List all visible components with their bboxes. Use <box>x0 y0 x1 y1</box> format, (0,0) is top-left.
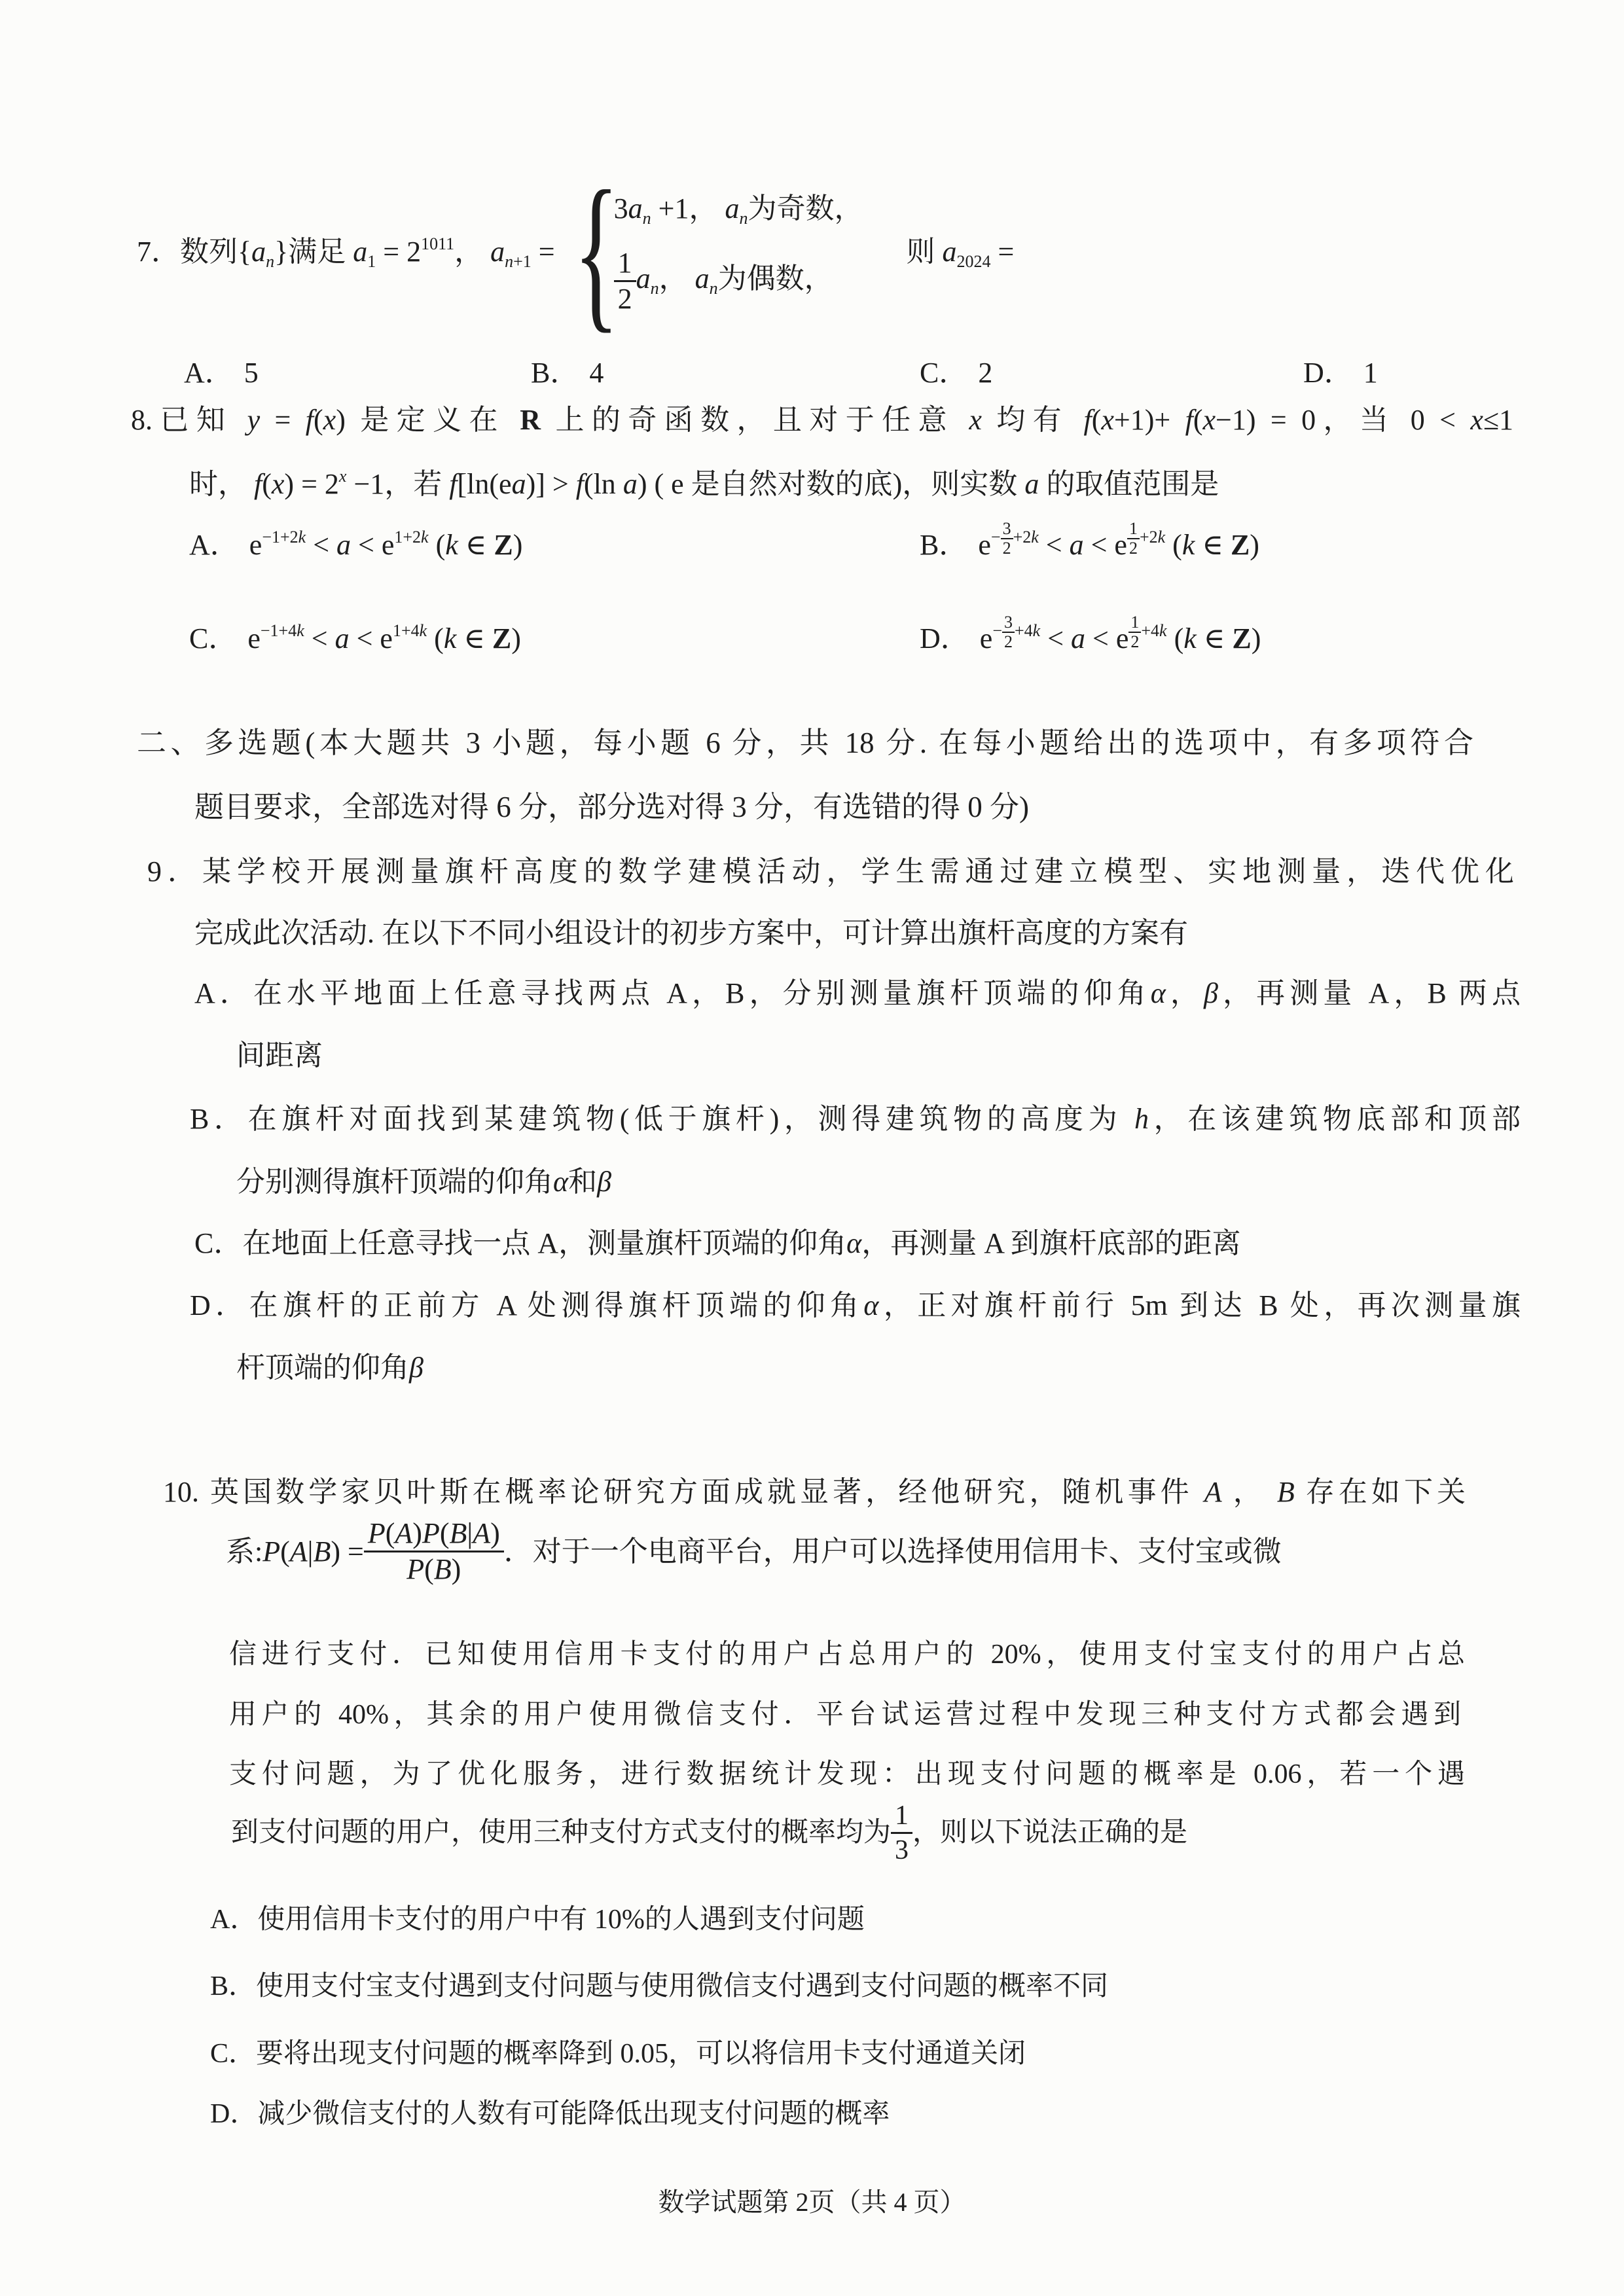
q8-option-b-body: e−32+2k < a < e12+2k (k ∈ Z) <box>978 529 1259 561</box>
q8-option-a-body: e−1+2k < a < e1+2k (k ∈ Z) <box>249 529 523 561</box>
q7-case-even: 12an， an为偶数， <box>614 248 863 314</box>
q7-option-a-label: A． <box>184 357 234 389</box>
q7-option-d: D．1 <box>1303 353 1378 392</box>
q10-option-d: D．减少微信支付的人数有可能降低出现支付问题的概率 <box>210 2096 890 2133</box>
q8-option-b-label: B． <box>920 529 967 561</box>
q8-option-d: D．e−32+4k < a < e12+4k (k ∈ Z) <box>920 614 1261 658</box>
question-9-line-2: 完成此次活动. 在以下不同小组设计的初步方案中，可计算出旗杆高度的方案有 <box>194 914 1188 952</box>
q8-option-a-label: A． <box>189 529 239 561</box>
q8-options-row-1: A．e−1+2k < a < e1+2k (k ∈ Z) B．e−32+2k <… <box>189 520 1259 564</box>
q7-option-a-value: 5 <box>244 357 259 389</box>
question-10-line-4: 用户的 40%，其余的用户使用微信支付．平台试运营过程中发现三种支付方式都会遇到 <box>229 1696 1461 1734</box>
q7-case-odd: 3an +1， an为奇数， <box>614 189 863 228</box>
question-9-line-1: 9．某学校开展测量旗杆高度的数学建模活动，学生需通过建立模型、实地测量，迭代优化 <box>147 852 1514 891</box>
q8-option-c-body: e−1+4k < a < e1+4k (k ∈ Z) <box>247 622 521 655</box>
q7-options-row: A．5 B．4 C．2 D．1 <box>0 353 1624 399</box>
q7-option-c: C．2 <box>920 353 992 392</box>
q8-option-d-body: e−32+4k < a < e12+4k (k ∈ Z) <box>980 622 1261 655</box>
q7-option-b-value: 4 <box>589 357 604 389</box>
q7-case-rows: 3an +1， an为奇数， 12an， an为偶数， <box>614 189 863 314</box>
question-10-line-1: 10. 英国数学家贝叶斯在概率论研究方面成就显著，经他研究，随机事件 A ， B… <box>163 1473 1466 1511</box>
q9-option-b-line-2: 分别测得旗杆顶端的仰角α和β <box>236 1162 611 1201</box>
q8-options-row-2: C．e−1+4k < a < e1+4k (k ∈ Z) D．e−32+4k <… <box>189 614 1261 658</box>
q7-option-b-label: B． <box>531 357 579 389</box>
q8-option-c-label: C． <box>189 622 237 655</box>
question-10-line-6: 到支付问题的用户，使用三种支付方式支付的概率均为13，则以下说法正确的是 <box>231 1801 1187 1865</box>
left-brace-glyph: { <box>573 178 602 325</box>
q7-option-d-label: D． <box>1303 357 1353 389</box>
q8-option-d-label: D． <box>920 622 969 655</box>
q8-option-a: A．e−1+2k < a < e1+2k (k ∈ Z) <box>189 526 920 564</box>
q10-option-b: B．使用支付宝支付遇到支付问题与使用微信支付遇到支付问题的概率不同 <box>210 1968 1108 2005</box>
section-2-header-line-1: 二、多选题(本大题共 3 小题，每小题 6 分，共 18 分. 在每小题给出的选… <box>137 723 1473 763</box>
q9-option-a-line-1: A．在水平地面上任意寻找两点 A，B，分别测量旗杆顶端的仰角α，β，再测量 A，… <box>194 974 1521 1013</box>
question-8-line-2: 时， f(x) = 2x −1，若 f[ln(ea)] > f(ln a) ( … <box>189 465 1219 503</box>
q9-option-a-line-2: 间距离 <box>236 1036 323 1075</box>
q8-option-b: B．e−32+2k < a < e12+2k (k ∈ Z) <box>920 520 1259 564</box>
q7-piecewise-cases: { 3an +1， an为奇数， 12an， an为偶数， <box>562 178 863 325</box>
question-10-line-5: 支付问题，为了优化服务，进行数据统计发现：出现支付问题的概率是 0.06，若一个… <box>229 1756 1465 1793</box>
question-10-formula-line: 系: P(A|B) = P(A)P(B|A)P(B)．对于一个电商平台，用户可以… <box>226 1518 1282 1585</box>
q7-option-c-value: 2 <box>978 357 992 389</box>
q9-option-d-line-2: 杆顶端的仰角β <box>236 1348 424 1387</box>
q10-option-a: A．使用信用卡支付的用户中有 10%的人遇到支付问题 <box>210 1901 865 1939</box>
question-8-line-1: 8.已知 y = f(x) 是定义在 R 上的奇函数，且对于任意 x 均有 f(… <box>131 401 1513 439</box>
q7-stem-pre: 7．数列{an}满足 a1 = 21011， an+1 = <box>137 232 555 271</box>
q7-option-a: A．5 <box>184 353 259 392</box>
q7-stem-post: 则 a2024 = <box>906 232 1014 271</box>
q7-option-d-value: 1 <box>1363 357 1378 389</box>
q7-option-b: B．4 <box>531 353 604 392</box>
q9-option-c: C．在地面上任意寻找一点 A，测量旗杆顶端的仰角α，再测量 A 到旗杆底部的距离 <box>194 1224 1241 1263</box>
q8-option-c: C．e−1+4k < a < e1+4k (k ∈ Z) <box>189 619 920 658</box>
exam-page: 7．数列{an}满足 a1 = 21011， an+1 = { 3an +1， … <box>0 0 1624 2296</box>
page-footer: 数学试题第 2页（共 4 页） <box>0 2185 1624 2220</box>
q9-option-d-line-1: D．在旗杆的正前方 A 处测得旗杆顶端的仰角α，正对旗杆前行 5m 到达 B 处… <box>190 1286 1521 1325</box>
q9-option-b-line-1: B．在旗杆对面找到某建筑物(低于旗杆)，测得建筑物的高度为 h，在该建筑物底部和… <box>190 1100 1521 1138</box>
question-7-stem: 7．数列{an}满足 a1 = 21011， an+1 = { 3an +1， … <box>137 178 1014 325</box>
q7-option-c-label: C． <box>920 357 967 389</box>
question-10-line-3: 信进行支付．已知使用信用卡支付的用户占总用户的 20%，使用支付宝支付的用户占总 <box>229 1636 1465 1674</box>
q10-option-c: C．要将出现支付问题的概率降到 0.05，可以将信用卡支付通道关闭 <box>210 2036 1026 2073</box>
section-2-header-line-2: 题目要求，全部选对得 6 分，部分选对得 3 分，有选错的得 0 分) <box>194 787 1029 827</box>
